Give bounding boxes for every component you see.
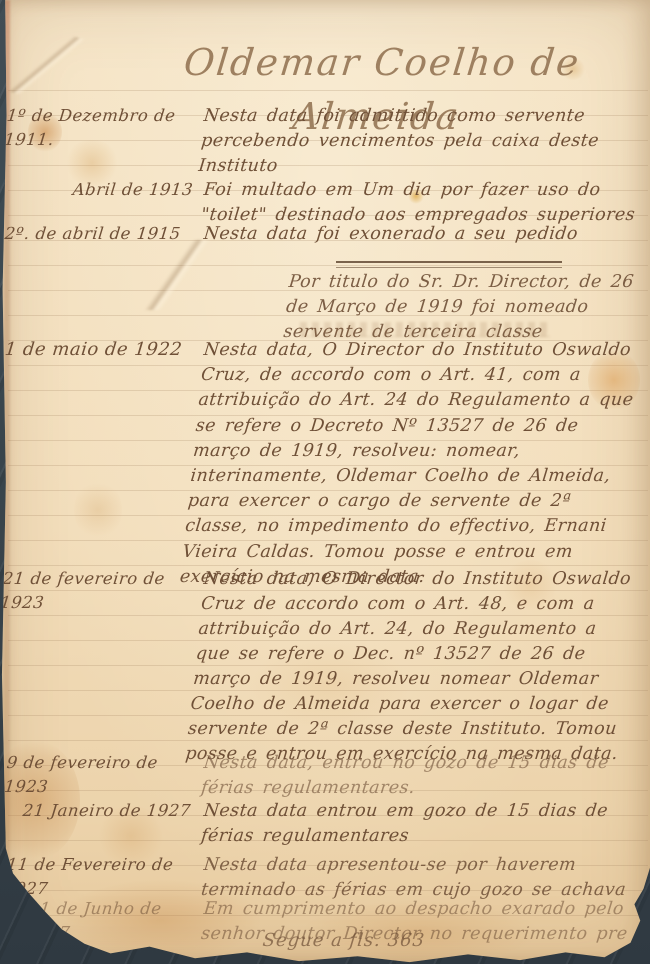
entry-text: Nesta data foi exonerado a seu pedido — [202, 222, 643, 247]
entry-text: Nesta data, O Director do Instituto Oswa… — [184, 567, 643, 767]
entry-text: Foi multado em Um dia por fazer uso do "… — [200, 178, 643, 228]
paper-crease — [120, 240, 230, 310]
entry-text: Nesta data apresentou-se por haverem ter… — [200, 853, 643, 903]
entry-date: 11 de Fevereiro de 1927 — [3, 853, 203, 901]
entry-text: Nesta data, O Director do Instituto Oswa… — [179, 338, 643, 590]
entry-date: 21 de fevereiro de 1923 — [0, 567, 204, 615]
double-rule-divider — [336, 261, 562, 268]
ledger-page: Oldemar Coelho de Almeida 1º de Dezembro… — [0, 0, 650, 964]
entry-date: Abril de 1913 — [71, 178, 204, 202]
paper-crease — [2, 22, 88, 108]
entry-text: Nesta data entrou em gozo de 15 dias de … — [200, 799, 643, 849]
closing-note: Segue a fls. 363 — [213, 930, 475, 951]
entry-date: 1 de maio de 1922 — [3, 338, 204, 362]
entry-date: 9 de fevereiro de 1923 — [3, 751, 203, 799]
entry-date: 2º. de abril de 1915 — [3, 222, 204, 246]
entry-date: 1º de Dezembro de 1911. — [3, 104, 203, 152]
entry-date: 21 Janeiro de 1927 — [21, 799, 204, 823]
ink-stain — [74, 480, 122, 540]
entry-text: Nesta data foi admittido como servente p… — [197, 104, 643, 179]
entry-text: Nesta data, entrou no gozo de 15 dias de… — [200, 751, 643, 801]
erased-text — [300, 322, 550, 337]
